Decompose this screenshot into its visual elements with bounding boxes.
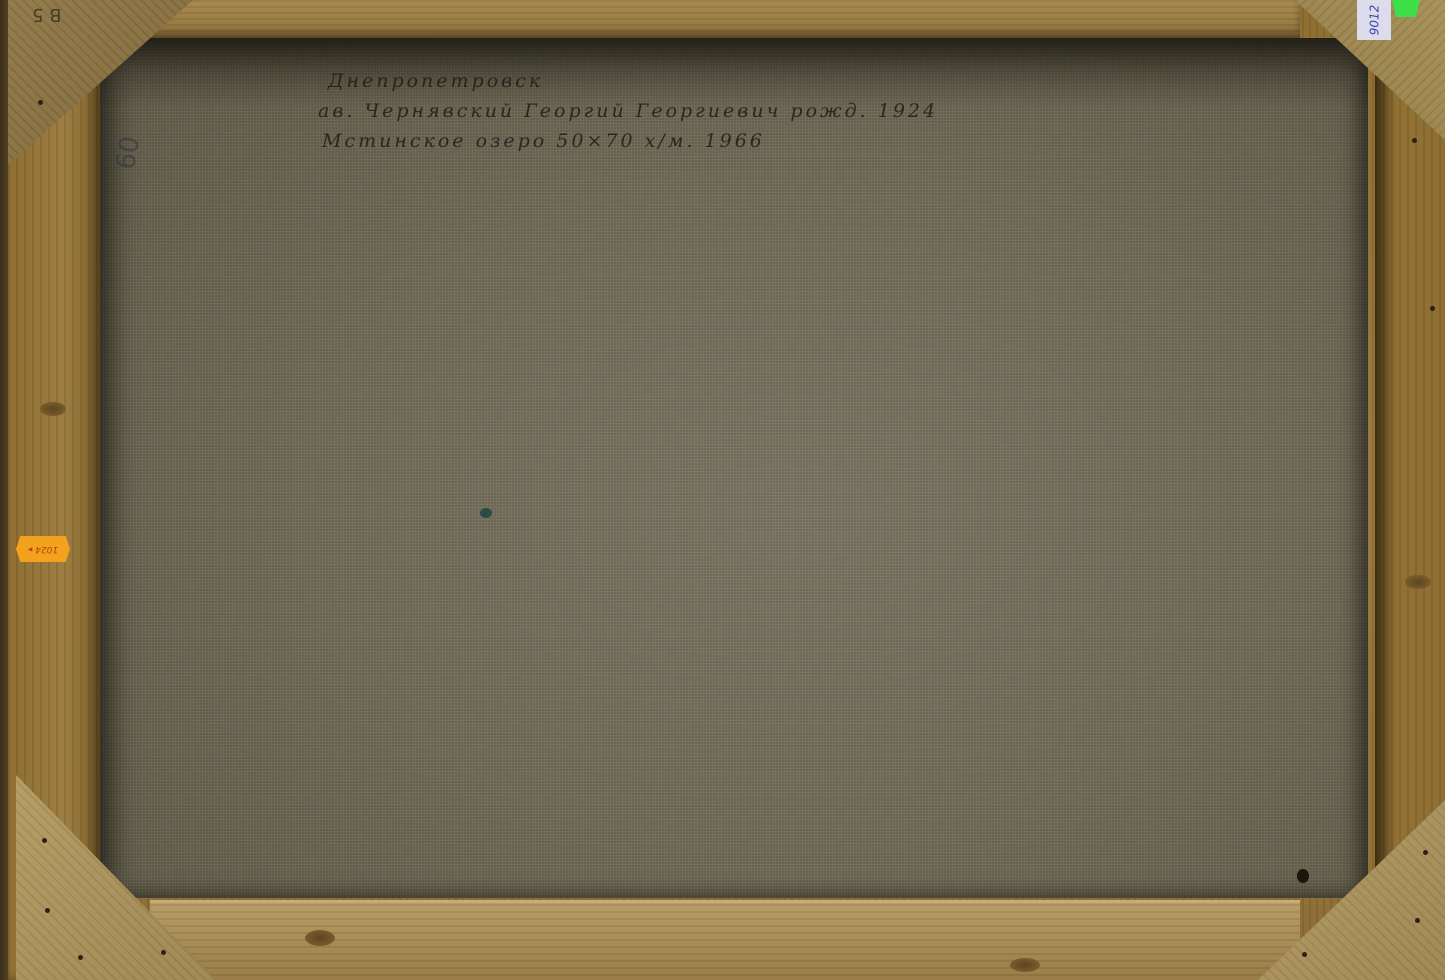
price-tag-label: 1024 ▸ [16,536,70,562]
canvas-hole [1297,869,1309,883]
nail-hole [1423,850,1428,855]
nail-hole [1415,918,1420,923]
pencil-mark: 60 [111,134,146,172]
canvas-stain [480,508,492,518]
nail-hole [45,908,50,913]
nail-hole [1412,138,1417,143]
painting-back-photo: В 5 60 Днепропетровск ав. Чернявский Гео… [0,0,1445,980]
wood-knot [1010,958,1040,972]
nail-hole [161,950,166,955]
inscription-artist: ав. Чернявский Георгий Георгиевич рожд. … [318,96,938,126]
inscription-title-size-year: Мстинское озеро 50×70 х/м. 1966 [322,126,938,156]
nail-hole [1302,952,1307,957]
green-sticker [1392,0,1420,17]
wood-knot [40,402,66,416]
nail-hole [78,955,83,960]
inventory-number-label: 9012 [1357,0,1391,40]
inventory-number: 9012 [1367,5,1381,36]
stretcher-marking: В 5 [32,4,62,25]
wood-knot [305,930,335,946]
handwritten-inscription: Днепропетровск ав. Чернявский Георгий Ге… [318,66,938,156]
nail-hole [1430,306,1435,311]
nail-hole [38,100,43,105]
inscription-city: Днепропетровск [328,66,938,96]
stretcher-bar-top [150,0,1300,38]
canvas-back [100,38,1368,898]
wood-knot [1405,575,1431,589]
nail-hole [42,838,47,843]
